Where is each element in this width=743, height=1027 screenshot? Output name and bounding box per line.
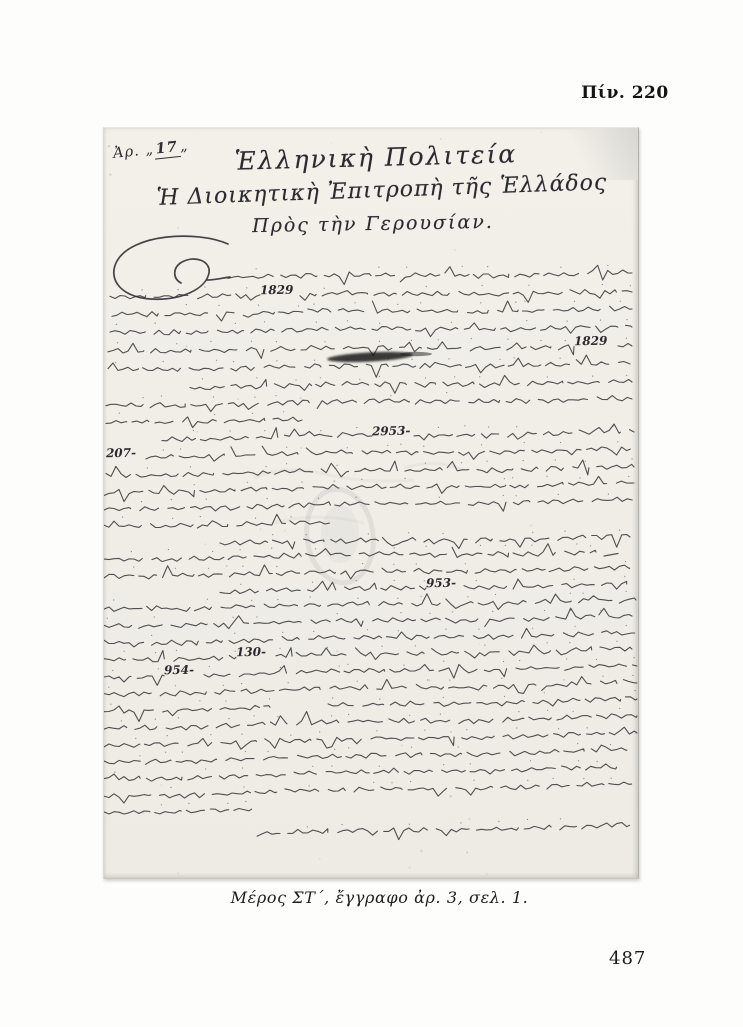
- handwritten-number-207: 207-: [106, 446, 136, 461]
- handwritten-number-1829-second: 1829: [574, 334, 608, 349]
- handwritten-number-1829-first: 1829: [260, 283, 294, 298]
- handwritten-number-130: 130-: [236, 645, 266, 660]
- book-page: Πίν. 220 Ἀρ. „17„ Ἑλληνικὴ Πολιτεία Ἡ Δι…: [0, 0, 743, 1027]
- page-number: 487: [609, 948, 646, 969]
- plate-label: Πίν. 220: [578, 83, 672, 103]
- manuscript-scan: Ἀρ. „17„ Ἑλληνικὴ Πολιτεία Ἡ Διοικητικὴ …: [103, 127, 639, 879]
- figure-caption: Μέρος ΣΤ΄, ἔγγραφο ἀρ. 3, σελ. 1.: [8, 888, 743, 907]
- handwritten-number-954: 954-: [164, 663, 194, 678]
- handwritten-number-2953: 2953-: [372, 424, 411, 439]
- handwritten-number-953: 953-: [426, 576, 456, 591]
- handwriting-body-svg: [104, 128, 638, 878]
